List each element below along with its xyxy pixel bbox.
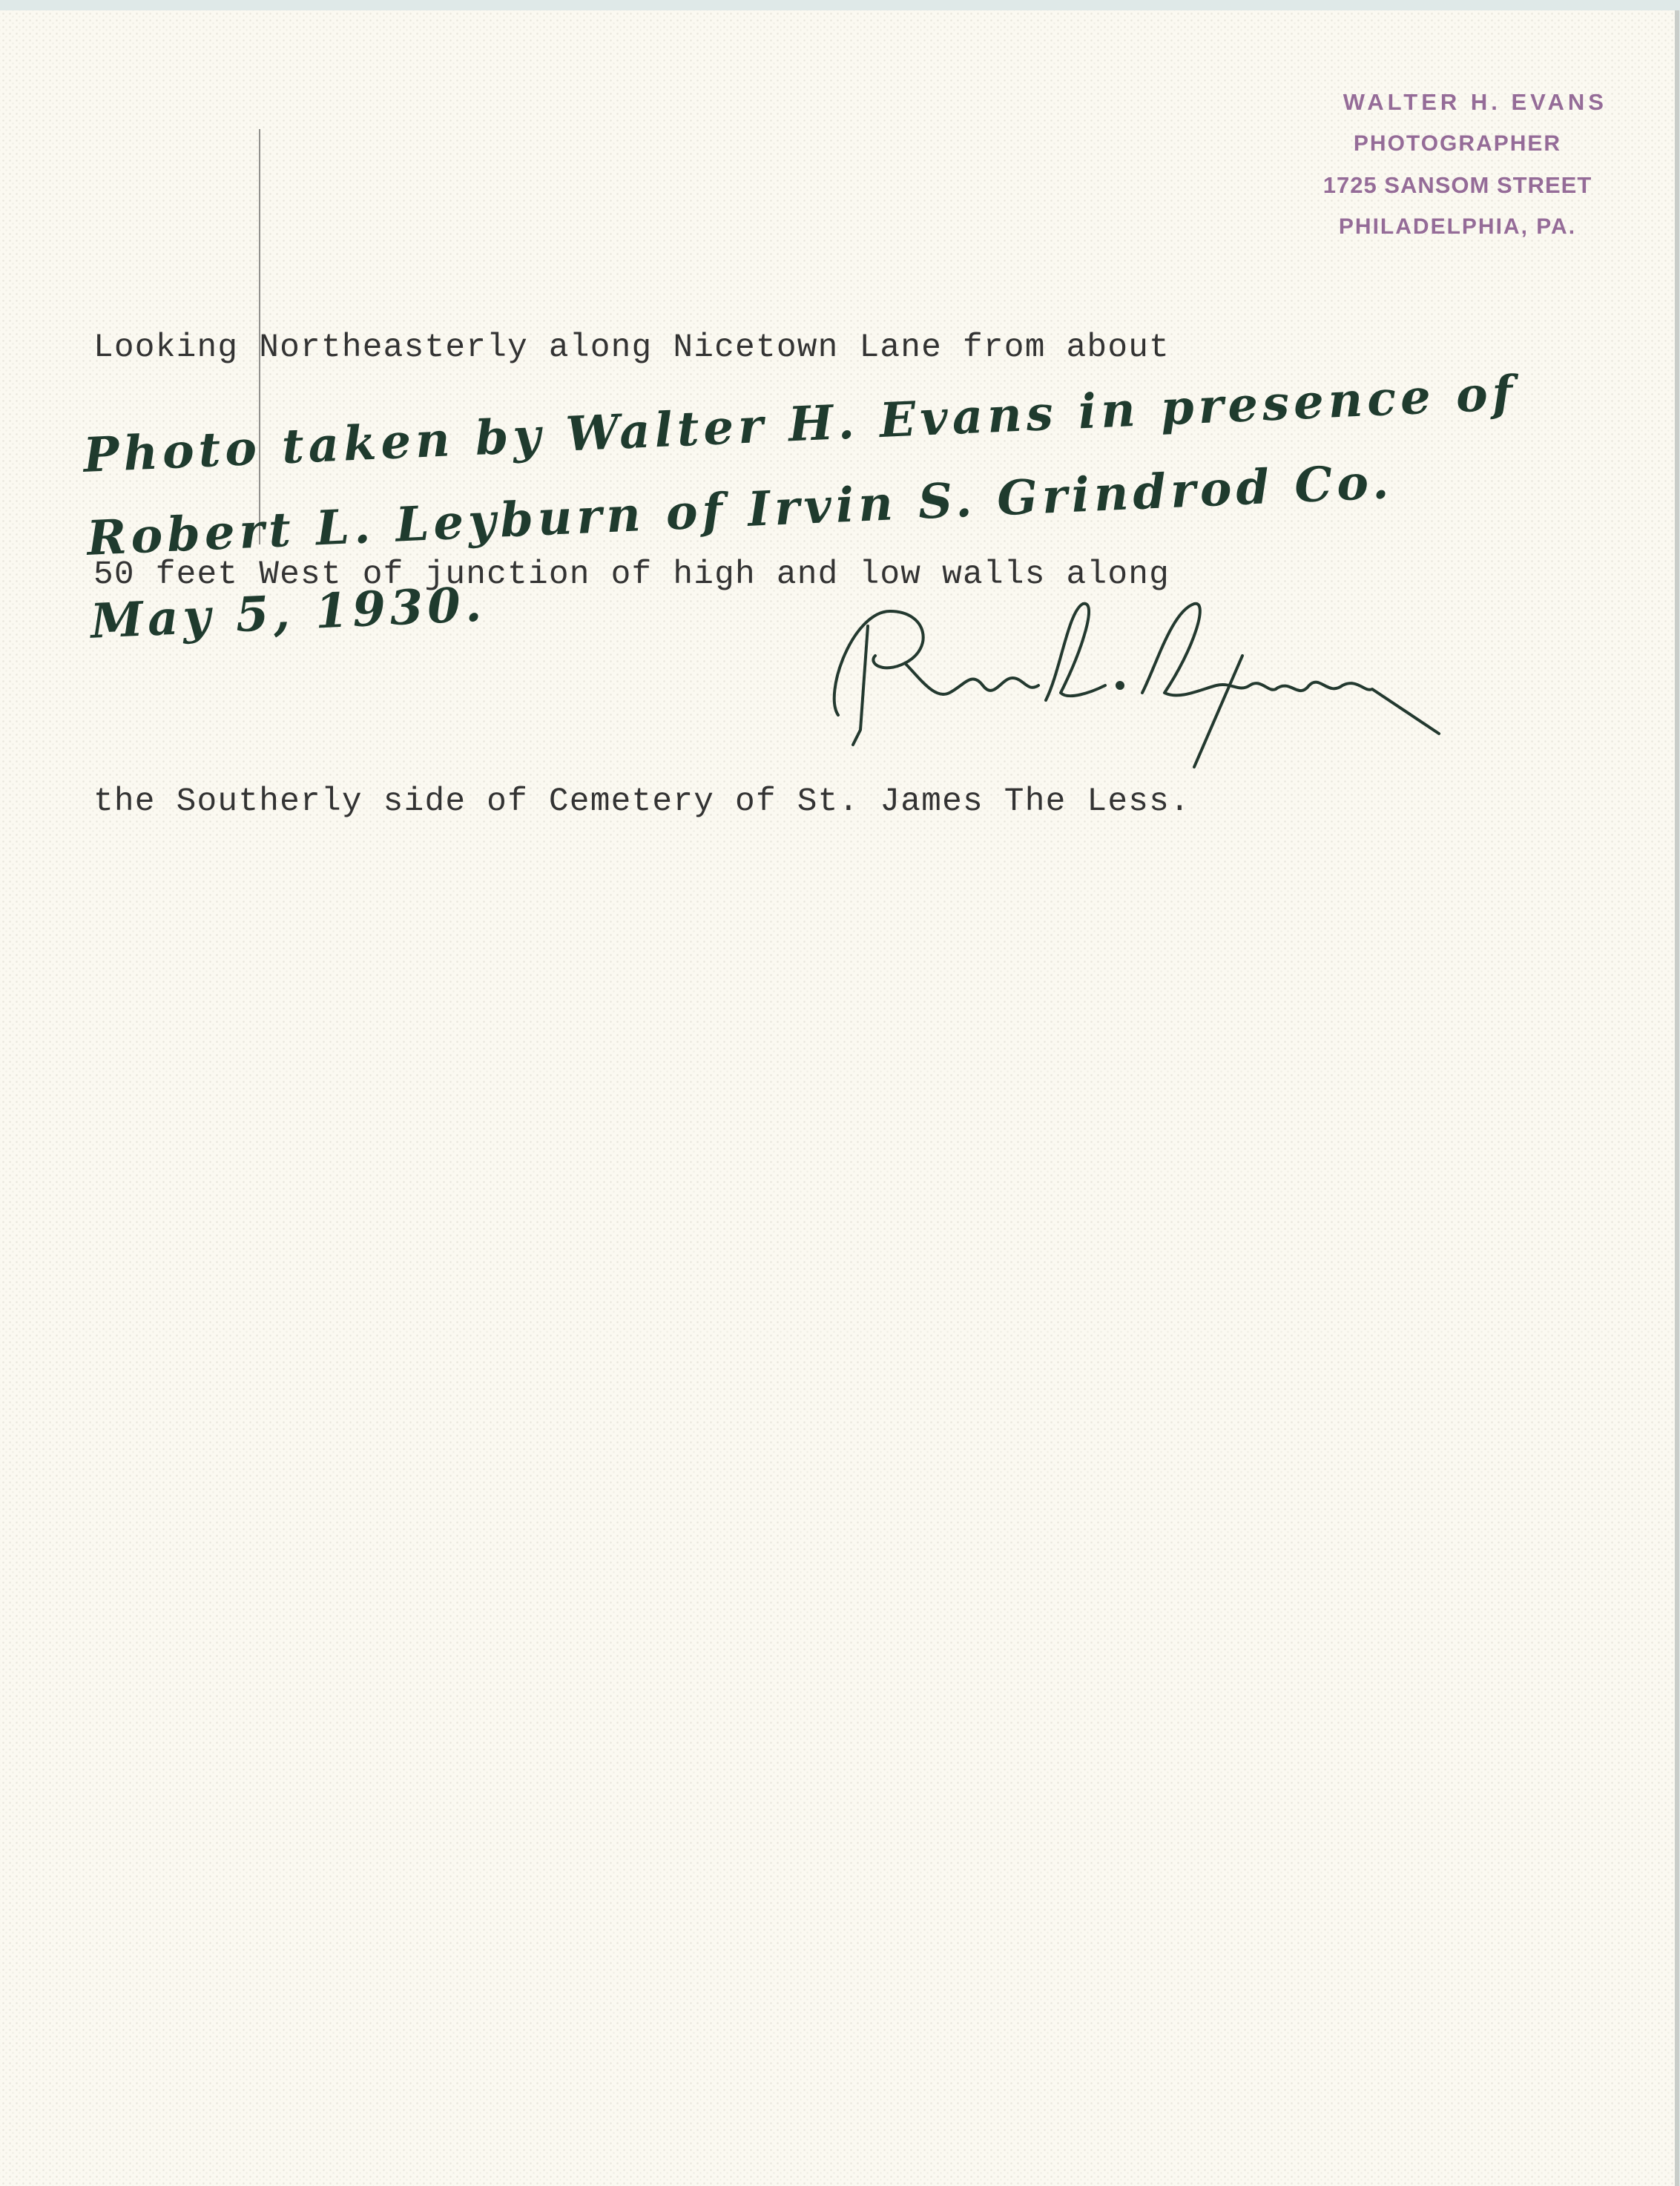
stamp-line: WALTER H. EVANS xyxy=(1302,82,1613,123)
stamp-line: PHILADELPHIA, PA. xyxy=(1302,206,1613,248)
stamp-line: PHOTOGRAPHER xyxy=(1302,123,1613,165)
caption-line: the Southerly side of Cemetery of St. Ja… xyxy=(93,764,1190,840)
photo-card-back: WALTER H. EVANS PHOTOGRAPHER 1725 SANSOM… xyxy=(0,10,1679,2186)
stamp-line: 1725 SANSOM STREET xyxy=(1302,165,1613,206)
photographer-stamp: WALTER H. EVANS PHOTOGRAPHER 1725 SANSOM… xyxy=(1302,82,1613,248)
signature-scrawl xyxy=(823,582,1550,774)
